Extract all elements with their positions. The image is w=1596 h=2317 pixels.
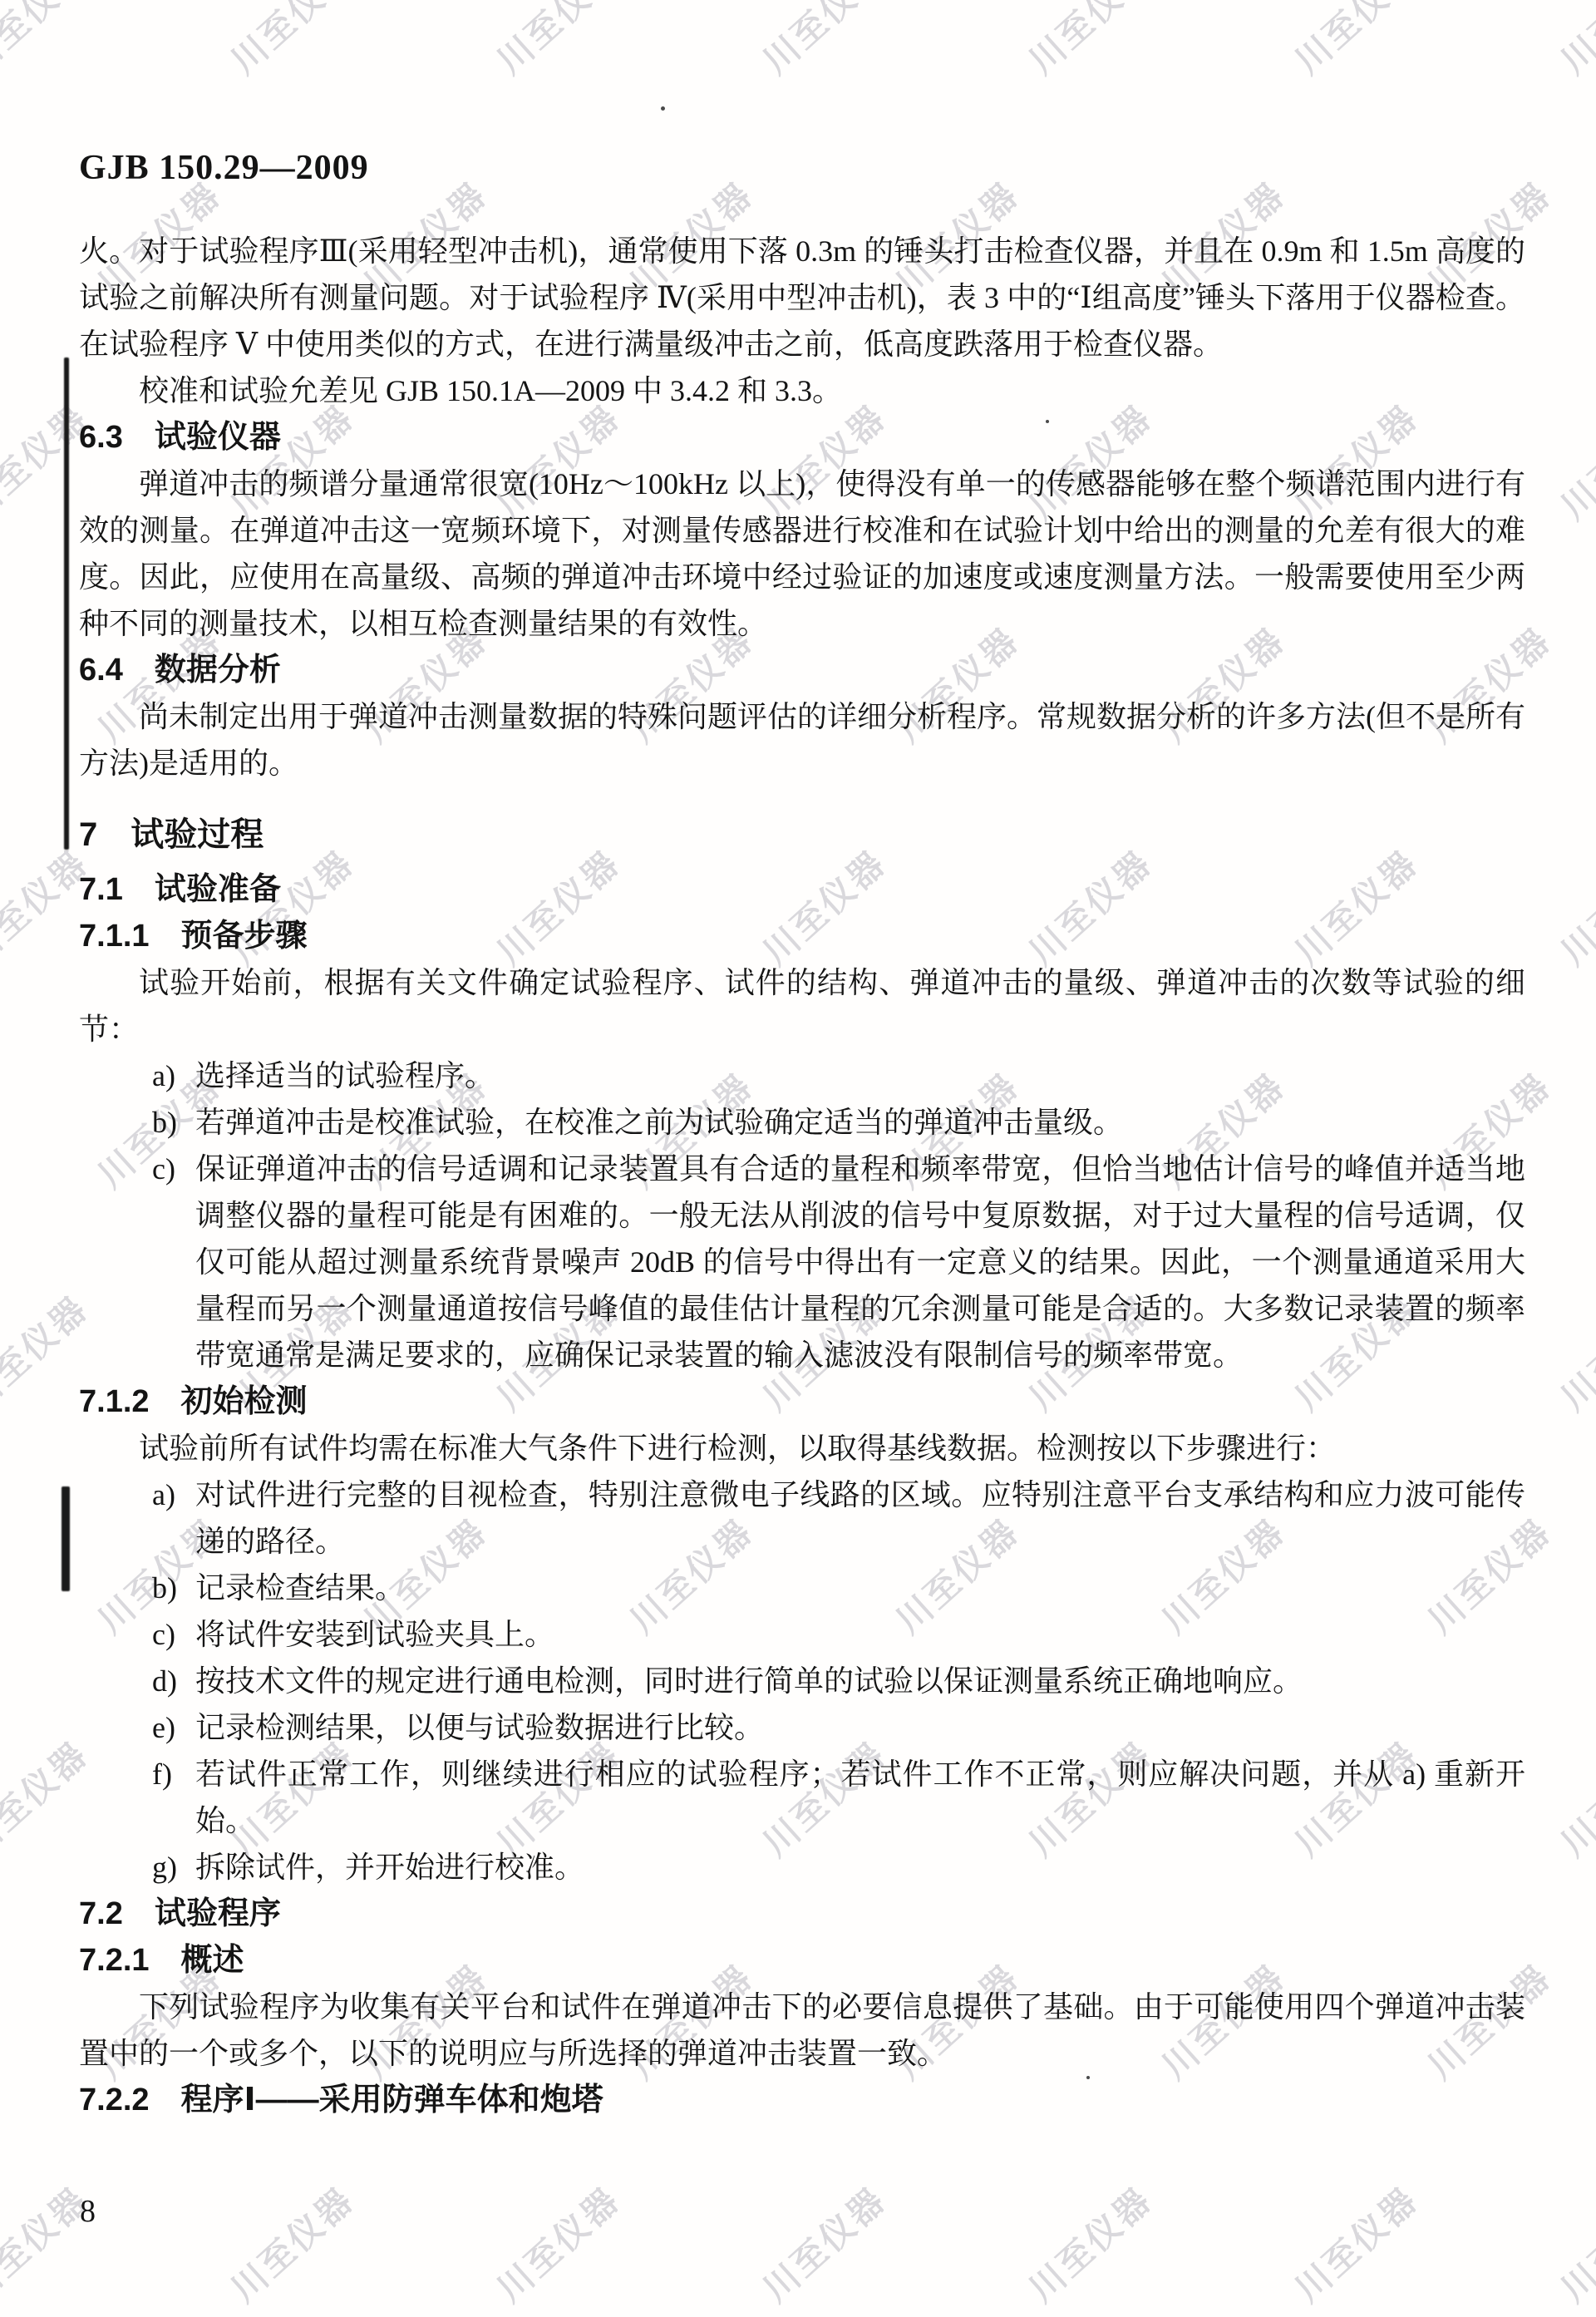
list-marker: f) bbox=[152, 1751, 172, 1797]
paragraph: 试验前所有试件均需在标准大气条件下进行检测，以取得基线数据。检测按以下步骤进行： bbox=[79, 1425, 1525, 1472]
page-number: 8 bbox=[80, 2193, 96, 2230]
section-heading: 7.2.2 程序Ⅰ——采用防弹车体和炮塔 bbox=[79, 2077, 1525, 2123]
section-heading: 6.4 数据分析 bbox=[79, 647, 1525, 693]
list-marker: a) bbox=[152, 1053, 175, 1099]
list-item: a)对试件进行完整的目视检查，特别注意微电子线路的区域。应特别注意平台支承结构和… bbox=[79, 1472, 1525, 1565]
scan-speck bbox=[1046, 420, 1049, 423]
watermark: 川至仪器 bbox=[485, 0, 629, 84]
list-marker: e) bbox=[152, 1704, 175, 1751]
section-heading: 7.1 试验准备 bbox=[79, 866, 1525, 913]
list-item: b)记录检查结果。 bbox=[79, 1565, 1525, 1611]
list-item-text: 将试件安装到试验夹具上。 bbox=[195, 1618, 554, 1651]
list-item: d)按技术文件的规定进行通电检测，同时进行简单的试验以保证测量系统正确地响应。 bbox=[79, 1658, 1525, 1704]
watermark: 川至仪器 bbox=[1549, 392, 1596, 529]
list-item: b)若弹道冲击是校准试验，在校准之前为试验确定适当的弹道冲击量级。 bbox=[79, 1099, 1525, 1146]
list-marker: c) bbox=[152, 1146, 175, 1192]
document-content: GJB 150.29—2009 火。对于试验程序Ⅲ(采用轻型冲击机)，通常使用下… bbox=[79, 148, 1525, 2123]
paragraph: 下列试验程序为收集有关平台和试件在弹道冲击下的必要信息提供了基础。由于可能使用四… bbox=[79, 1984, 1525, 2077]
scan-speck bbox=[1086, 2076, 1090, 2079]
watermark: 川至仪器 bbox=[1549, 1283, 1596, 1420]
watermark: 川至仪器 bbox=[219, 2174, 363, 2311]
list-item-text: 选择适当的试验程序。 bbox=[195, 1059, 495, 1092]
watermark: 川至仪器 bbox=[0, 0, 97, 84]
scan-artifact bbox=[64, 357, 69, 850]
list-item-text: 按技术文件的规定进行通电检测，同时进行简单的试验以保证测量系统正确地响应。 bbox=[195, 1664, 1303, 1698]
list-item: f)若试件正常工作，则继续进行相应的试验程序；若试件工作不正常，则应解决问题，并… bbox=[79, 1751, 1525, 1844]
list-item: a)选择适当的试验程序。 bbox=[79, 1053, 1525, 1099]
scan-artifact bbox=[62, 1486, 70, 1591]
watermark: 川至仪器 bbox=[1283, 2174, 1427, 2311]
watermark: 川至仪器 bbox=[1549, 2174, 1596, 2311]
list-item: g)拆除试件，并开始进行校准。 bbox=[79, 1844, 1525, 1891]
paragraph: 弹道冲击的频谱分量通常很宽(10Hz～100kHz 以上)，使得没有单一的传感器… bbox=[79, 461, 1525, 647]
paragraph: 试验开始前，根据有关文件确定试验程序、试件的结构、弹道冲击的量级、弹道冲击的次数… bbox=[79, 959, 1525, 1053]
scanned-document-page: 川至仪器川至仪器川至仪器川至仪器川至仪器川至仪器川至仪器川至仪器川至仪器川至仪器… bbox=[0, 0, 1596, 2317]
section-heading: 6.3 试验仪器 bbox=[79, 414, 1525, 461]
watermark: 川至仪器 bbox=[485, 2174, 629, 2311]
watermark: 川至仪器 bbox=[1017, 2174, 1161, 2311]
list-marker: g) bbox=[152, 1844, 177, 1891]
list-marker: b) bbox=[152, 1099, 177, 1146]
list-item: c)保证弹道冲击的信号适调和记录装置具有合适的量程和频率带宽，但恰当地估计信号的… bbox=[79, 1146, 1525, 1378]
scan-speck bbox=[661, 106, 665, 111]
list-item-text: 对试件进行完整的目视检查，特别注意微电子线路的区域。应特别注意平台支承结构和应力… bbox=[195, 1478, 1525, 1558]
list-marker: c) bbox=[152, 1611, 175, 1658]
standard-number: GJB 150.29—2009 bbox=[79, 148, 1525, 188]
watermark: 川至仪器 bbox=[1017, 0, 1161, 84]
list-item-text: 若试件正常工作，则继续进行相应的试验程序；若试件工作不正常，则应解决问题，并从 … bbox=[195, 1757, 1525, 1837]
watermark: 川至仪器 bbox=[751, 2174, 895, 2311]
paragraph: 火。对于试验程序Ⅲ(采用轻型冲击机)，通常使用下落 0.3m 的锤头打击检查仪器… bbox=[79, 228, 1525, 367]
list-marker: b) bbox=[152, 1565, 177, 1611]
section-heading: 7.1.1 预备步骤 bbox=[79, 913, 1525, 959]
list-item-text: 记录检查结果。 bbox=[195, 1571, 405, 1605]
paragraph: 尚未制定出用于弹道冲击测量数据的特殊问题评估的详细分析程序。常规数据分析的许多方… bbox=[79, 693, 1525, 786]
list-item-text: 若弹道冲击是校准试验，在校准之前为试验确定适当的弹道冲击量级。 bbox=[195, 1106, 1123, 1139]
section-heading: 7.2.1 概述 bbox=[79, 1937, 1525, 1984]
watermark: 川至仪器 bbox=[1549, 1728, 1596, 1866]
watermark: 川至仪器 bbox=[219, 0, 363, 84]
paragraph: 校准和试验允差见 GJB 150.1A—2009 中 3.4.2 和 3.3。 bbox=[79, 367, 1525, 414]
section-heading: 7.1.2 初始检测 bbox=[79, 1378, 1525, 1425]
list-marker: d) bbox=[152, 1658, 177, 1704]
list-item-text: 保证弹道冲击的信号适调和记录装置具有合适的量程和频率带宽，但恰当地估计信号的峰值… bbox=[195, 1152, 1525, 1372]
watermark: 川至仪器 bbox=[1283, 0, 1427, 84]
list-item: e)记录检测结果，以便与试验数据进行比较。 bbox=[79, 1704, 1525, 1751]
list-item: c)将试件安装到试验夹具上。 bbox=[79, 1611, 1525, 1658]
watermark: 川至仪器 bbox=[751, 0, 895, 84]
watermark: 川至仪器 bbox=[1549, 0, 1596, 84]
list-item-text: 拆除试件，并开始进行校准。 bbox=[195, 1851, 584, 1884]
list-item-text: 记录检测结果，以便与试验数据进行比较。 bbox=[195, 1711, 764, 1744]
section-heading: 7.2 试验程序 bbox=[79, 1891, 1525, 1937]
watermark: 川至仪器 bbox=[1549, 837, 1596, 974]
list-marker: a) bbox=[152, 1472, 175, 1518]
section-heading: 7 试验过程 bbox=[79, 811, 1525, 858]
